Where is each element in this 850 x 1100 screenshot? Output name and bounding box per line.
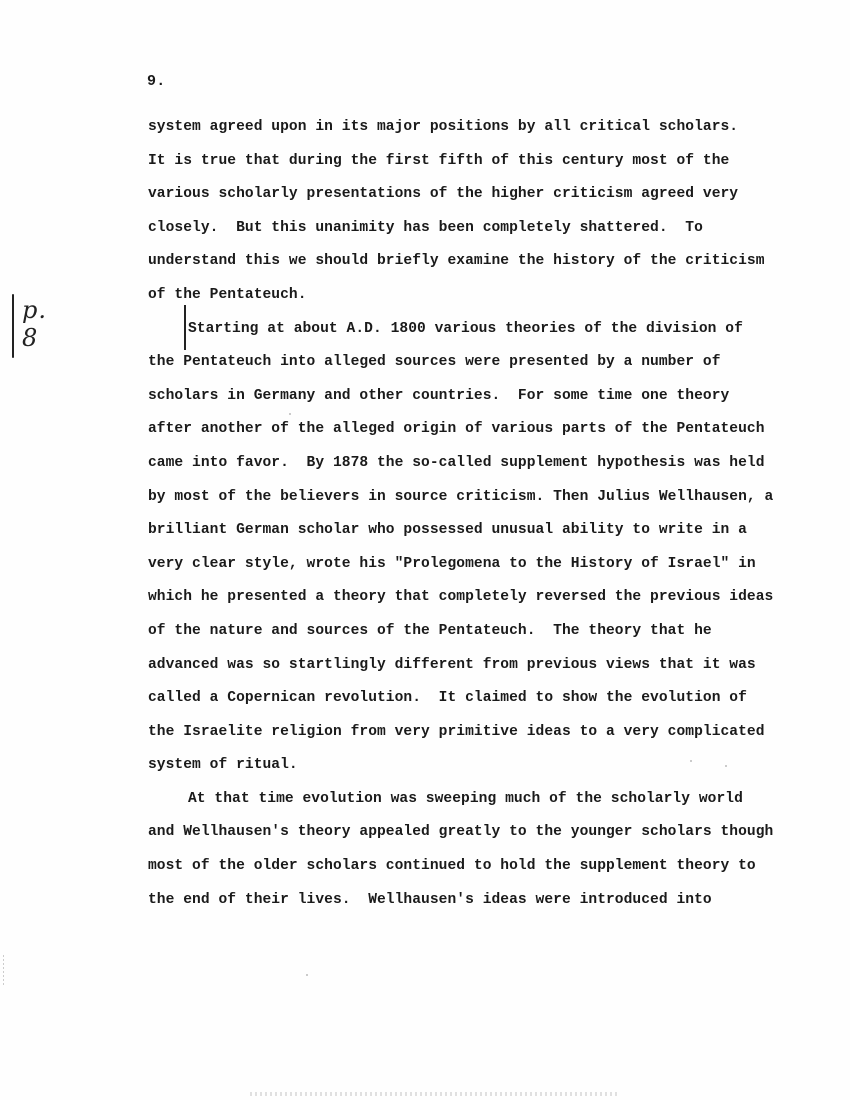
text-line: understand this we should briefly examin…	[148, 251, 788, 285]
text-line: the end of their lives. Wellhausen's ide…	[148, 890, 788, 924]
scan-edge-artifact	[3, 955, 4, 985]
text-line: advanced was so startlingly different fr…	[148, 655, 788, 689]
text-line: brilliant German scholar who possessed u…	[148, 520, 788, 554]
text-line: It is true that during the first fifth o…	[148, 151, 788, 185]
paragraph-2: Starting at about A.D. 1800 various theo…	[148, 319, 788, 789]
paragraph-1: system agreed upon in its major position…	[148, 117, 788, 319]
page-number: 9.	[147, 73, 165, 90]
scan-speck	[289, 413, 291, 415]
text-line: system agreed upon in its major position…	[148, 117, 788, 151]
text-line: Starting at about A.D. 1800 various theo…	[148, 319, 788, 353]
text-line: the Pentateuch into alleged sources were…	[148, 352, 788, 386]
scan-bottom-artifact	[250, 1092, 620, 1096]
text-line: called a Copernican revolution. It claim…	[148, 688, 788, 722]
text-line: the Israelite religion from very primiti…	[148, 722, 788, 756]
scan-speck	[690, 760, 692, 762]
margin-note-text: p. 8	[22, 296, 68, 352]
scan-speck	[306, 974, 308, 976]
document-page: 9. p. 8 system agreed upon in its major …	[0, 0, 850, 1100]
text-line: At that time evolution was sweeping much…	[148, 789, 788, 823]
text-line: system of ritual.	[148, 755, 788, 789]
text-line: after another of the alleged origin of v…	[148, 419, 788, 453]
paragraph-3: At that time evolution was sweeping much…	[148, 789, 788, 923]
text-line: came into favor. By 1878 the so-called s…	[148, 453, 788, 487]
body-text: system agreed upon in its major position…	[148, 117, 788, 923]
text-line: of the nature and sources of the Pentate…	[148, 621, 788, 655]
text-line: and Wellhausen's theory appealed greatly…	[148, 822, 788, 856]
scan-speck	[725, 765, 727, 767]
text-line: very clear style, wrote his "Prolegomena…	[148, 554, 788, 588]
text-line: of the Pentateuch.	[148, 285, 788, 319]
text-line: various scholarly presentations of the h…	[148, 184, 788, 218]
text-line: which he presented a theory that complet…	[148, 587, 788, 621]
text-line: scholars in Germany and other countries.…	[148, 386, 788, 420]
text-line: by most of the believers in source criti…	[148, 487, 788, 521]
text-line: closely. But this unanimity has been com…	[148, 218, 788, 252]
text-line: most of the older scholars continued to …	[148, 856, 788, 890]
margin-bar-mark	[12, 294, 14, 358]
handwritten-margin-note: p. 8	[8, 292, 68, 372]
